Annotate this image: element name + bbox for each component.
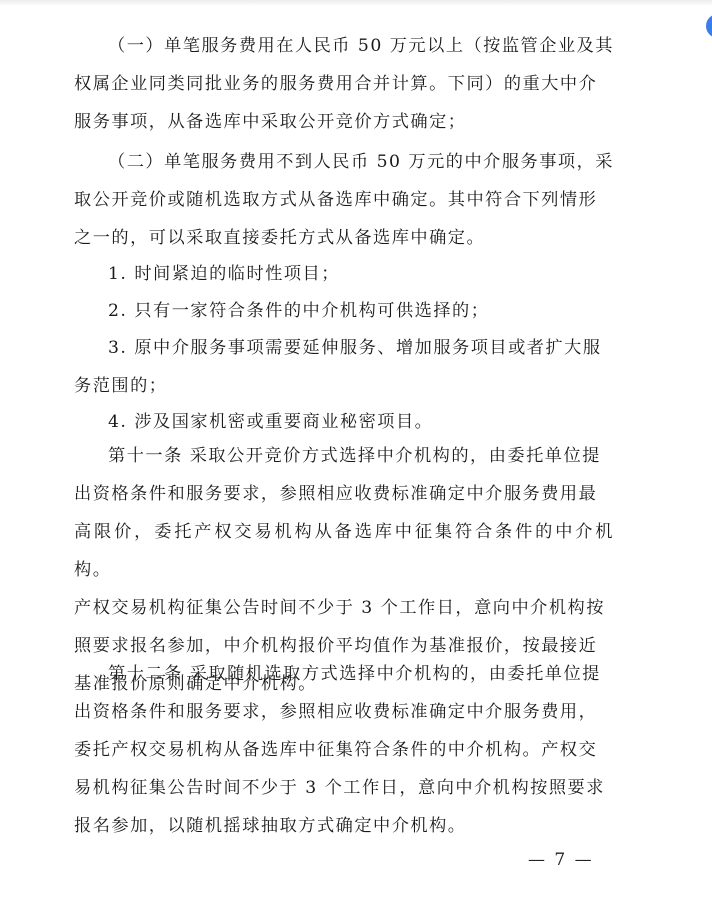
- text-line: 4. 涉及国家机密或重要商业秘密项目。: [74, 403, 614, 441]
- text-line: 报名参加，以随机摇球抽取方式确定中介机构。: [74, 807, 614, 845]
- text-line: 高限价，委托产权交易机构从备选库中征集符合条件的中介机构。: [74, 513, 614, 589]
- paragraph-2: （二）单笔服务费用不到人民币 50 万元的中介服务事项，采 取公开竞价或随机选取…: [74, 143, 614, 257]
- text-line: 易机构征集公告时间不少于 3 个工作日，意向中介机构按照要求: [74, 769, 614, 807]
- text-line: 第十一条 采取公开竞价方式选择中介机构的，由委托单位提: [74, 437, 614, 475]
- text-line: 务范围的；: [74, 367, 614, 405]
- text-line: 委托产权交易机构从备选库中征集符合条件的中介机构。产权交: [74, 731, 614, 769]
- text-line: 产权交易机构征集公告时间不少于 3 个工作日，意向中介机构按: [74, 589, 614, 627]
- text-line: 取公开竞价或随机选取方式从备选库中确定。其中符合下列情形: [74, 181, 614, 219]
- text-line: 之一的，可以采取直接委托方式从备选库中确定。: [74, 219, 614, 257]
- text-line: 3. 原中介服务事项需要延伸服务、增加服务项目或者扩大服: [74, 329, 614, 367]
- text-line: 第十二条 采取随机选取方式选择中介机构的，由委托单位提: [74, 655, 614, 693]
- text-line: 出资格条件和服务要求，参照相应收费标准确定中介服务费用，: [74, 693, 614, 731]
- text-line: 权属企业同类同批业务的服务费用合并计算。下同）的重大中介: [74, 65, 614, 103]
- text-line: 1. 时间紧迫的临时性项目；: [74, 255, 614, 293]
- list-item-1: 1. 时间紧迫的临时性项目；: [74, 255, 614, 293]
- floating-assistant-button[interactable]: [706, 14, 712, 38]
- viewer-top-edge: [0, 0, 712, 6]
- paragraph-1: （一）单笔服务费用在人民币 50 万元以上（按监管企业及其 权属企业同类同批业务…: [74, 27, 614, 141]
- text-line: 2. 只有一家符合条件的中介机构可供选择的；: [74, 292, 614, 330]
- page-number: — 7 —: [528, 850, 594, 870]
- list-item-3: 3. 原中介服务事项需要延伸服务、增加服务项目或者扩大服 务范围的；: [74, 329, 614, 405]
- text-line: 出资格条件和服务要求，参照相应收费标准确定中介服务费用最: [74, 475, 614, 513]
- text-line: （二）单笔服务费用不到人民币 50 万元的中介服务事项，采: [74, 143, 614, 181]
- list-item-4: 4. 涉及国家机密或重要商业秘密项目。: [74, 403, 614, 441]
- list-item-2: 2. 只有一家符合条件的中介机构可供选择的；: [74, 292, 614, 330]
- text-line: 服务事项，从备选库中采取公开竞价方式确定；: [74, 103, 614, 141]
- text-line: （一）单笔服务费用在人民币 50 万元以上（按监管企业及其: [74, 27, 614, 65]
- article-12: 第十二条 采取随机选取方式选择中介机构的，由委托单位提 出资格条件和服务要求，参…: [74, 655, 614, 845]
